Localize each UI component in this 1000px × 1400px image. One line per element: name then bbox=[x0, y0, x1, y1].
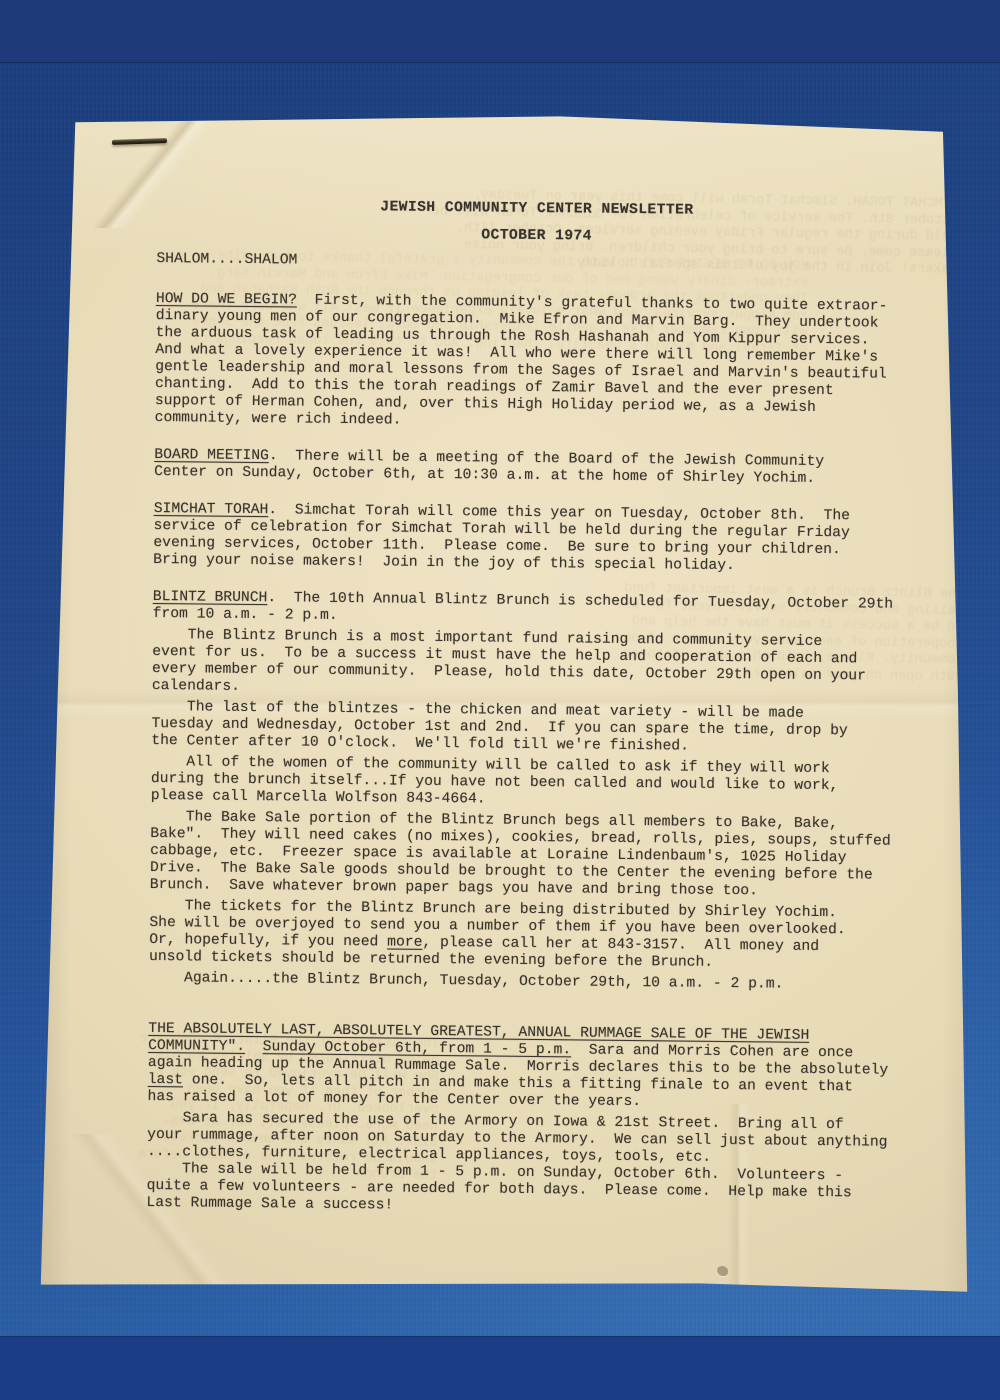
text-line: Again.....the Blintz Brunch, Tuesday, Oc… bbox=[149, 970, 909, 995]
photo-of-newsletter: SIMCHAT TORAH. Simchat Torah will come t… bbox=[0, 0, 1000, 1400]
paragraph: All of the women of the community will b… bbox=[151, 754, 911, 813]
newsletter-date: OCTOBER 1974 bbox=[157, 224, 917, 249]
paragraph: The Bake Sale portion of the Blintz Brun… bbox=[150, 809, 911, 902]
background-bottom-band bbox=[0, 1336, 1000, 1400]
paragraph: Again.....the Blintz Brunch, Tuesday, Oc… bbox=[149, 970, 909, 995]
paragraph: The tickets for the Blintz Brunch are be… bbox=[149, 898, 910, 974]
paragraph: BLINTZ BRUNCH. The 10th Annual Blintz Br… bbox=[153, 589, 913, 631]
paragraph: HOW DO WE BEGIN? First, with the communi… bbox=[155, 291, 916, 435]
typewritten-content: JEWISH COMMUNITY CENTER NEWSLETTER OCTOB… bbox=[146, 197, 917, 1220]
paragraph: The Blintz Brunch is a most important fu… bbox=[152, 627, 913, 703]
paper-damage-speck bbox=[717, 1266, 728, 1276]
paragraph: THE ABSOLUTELY LAST, ABSOLUTELY GREATEST… bbox=[147, 1021, 908, 1114]
document-body: HOW DO WE BEGIN? First, with the communi… bbox=[146, 291, 916, 1220]
paragraph: The last of the blintzes - the chicken a… bbox=[151, 699, 911, 758]
background-top-band bbox=[0, 0, 1000, 63]
newsletter-title: JEWISH COMMUNITY CENTER NEWSLETTER bbox=[157, 197, 917, 222]
salutation: SHALOM....SHALOM bbox=[156, 251, 916, 276]
paragraph: SIMCHAT TORAH. Simchat Torah will come t… bbox=[153, 501, 914, 577]
paragraph: Sara has secured the use of the Armory o… bbox=[146, 1110, 907, 1220]
paragraph: BOARD MEETING. There will be a meeting o… bbox=[154, 447, 914, 489]
newsletter-page: SIMCHAT TORAH. Simchat Torah will come t… bbox=[38, 114, 970, 1300]
